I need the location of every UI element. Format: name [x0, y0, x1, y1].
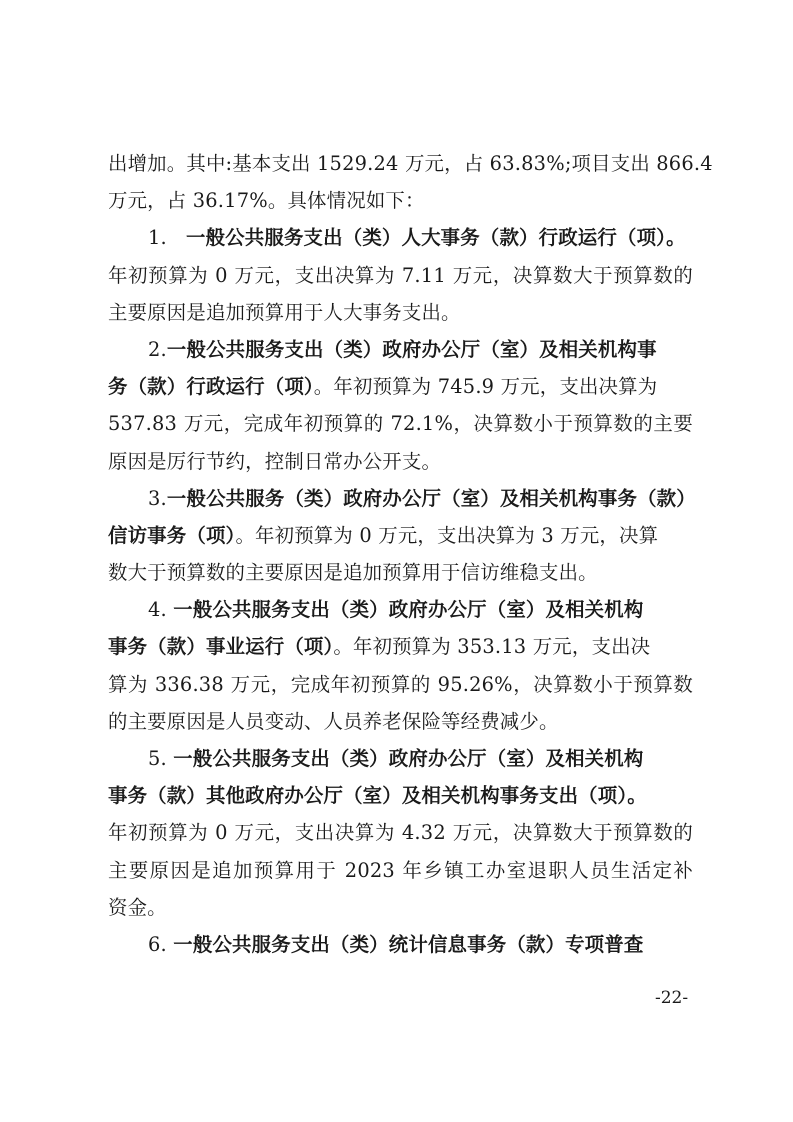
paragraph-line: 的主要原因是人员变动、人员养老保险等经费减少。: [108, 703, 693, 740]
document-body: 出增加。其中:基本支出 1529.24 万元，占 63.83%;项目支出 866…: [108, 145, 693, 963]
paragraph-line: 务（款）行政运行（项）。年初预算为 745.9 万元，支出决算为: [108, 368, 693, 405]
item-3-heading: 3.一般公共服务（类）政府办公厅（室）及相关机构事务（款）: [108, 480, 693, 517]
body-text: 年初预算为 0 万元，支出决算为 4.32 万元，决算数大于预算数的: [108, 821, 693, 844]
item-number: 6.: [148, 933, 167, 956]
item-title: 一般公共服务支出（类）政府办公厅（室）及相关机构: [173, 747, 643, 770]
item-title: 一般公共服务（类）政府办公厅（室）及相关机构事务（款）: [167, 487, 696, 510]
body-text: 的主要原因是人员变动、人员养老保险等经费减少。: [108, 710, 559, 733]
body-text: 出增加。其中:基本支出 1529.24 万元，占 63.83%;项目支出 866…: [108, 152, 713, 175]
item-title: 事务（款）其他政府办公厅（室）及相关机构事务支出（项）。: [108, 784, 647, 807]
item-6-heading: 6. 一般公共服务支出（类）统计信息事务（款）专项普查: [108, 926, 693, 963]
page-number: -22-: [655, 988, 688, 1008]
paragraph-line: 资金。: [108, 889, 693, 926]
paragraph-line: 537.83 万元，完成年初预算的 72.1%，决算数小于预算数的主要: [108, 405, 693, 442]
body-text: 537.83 万元，完成年初预算的 72.1%，决算数小于预算数的主要: [108, 412, 693, 435]
item-title: 一般公共服务支出（类）人大事务（款）行政运行（项）。: [186, 226, 686, 249]
body-text: 万元，占 36.17%。具体情况如下：: [108, 189, 425, 212]
paragraph-line: 年初预算为 0 万元，支出决算为 7.11 万元，决算数大于预算数的: [108, 257, 693, 294]
paragraph-line: 主要原因是追加预算用于人大事务支出。: [108, 294, 693, 331]
paragraph-line: 信访事务（项）。年初预算为 0 万元，支出决算为 3 万元，决算: [108, 517, 693, 554]
paragraph-line: 出增加。其中:基本支出 1529.24 万元，占 63.83%;项目支出 866…: [108, 145, 693, 182]
paragraph-line: 事务（款）其他政府办公厅（室）及相关机构事务支出（项）。: [108, 777, 693, 814]
body-text: 。年初预算为 745.9 万元，支出决算为: [314, 375, 658, 398]
paragraph-line: 事务（款）事业运行（项）。年初预算为 353.13 万元，支出决: [108, 628, 693, 665]
item-title: 一般公共服务支出（类）政府办公厅（室）及相关机构: [173, 598, 643, 621]
item-1-heading: 1. 一般公共服务支出（类）人大事务（款）行政运行（项）。: [108, 219, 693, 256]
item-title: 信访事务（项）: [108, 524, 235, 547]
item-number: 2.: [148, 338, 167, 361]
paragraph-line: 年初预算为 0 万元，支出决算为 4.32 万元，决算数大于预算数的: [108, 814, 693, 851]
body-text: 原因是厉行节约，控制日常办公开支。: [108, 450, 441, 473]
item-title: 事务（款）事业运行（项）: [108, 635, 333, 658]
item-number: 4.: [148, 598, 167, 621]
paragraph-line: 算为 336.38 万元，完成年初预算的 95.26%，决算数小于预算数: [108, 666, 693, 703]
body-text: 资金。: [108, 896, 167, 919]
item-2-heading: 2.一般公共服务支出（类）政府办公厅（室）及相关机构事: [108, 331, 693, 368]
paragraph-line: 主要原因是追加预算用于 2023 年乡镇工办室退职人员生活定补: [108, 852, 693, 889]
item-number: 1.: [148, 226, 167, 249]
body-text: 。年初预算为 0 万元，支出决算为 3 万元，决算: [235, 524, 658, 547]
body-text: 数大于预算数的主要原因是追加预算用于信访维稳支出。: [108, 561, 598, 584]
body-text: 主要原因是追加预算用于人大事务支出。: [108, 301, 461, 324]
paragraph-line: 数大于预算数的主要原因是追加预算用于信访维稳支出。: [108, 554, 693, 591]
item-number: 3.: [148, 487, 167, 510]
body-text: 算为 336.38 万元，完成年初预算的 95.26%，决算数小于预算数: [108, 673, 693, 696]
item-number: 5.: [148, 747, 167, 770]
paragraph-line: 万元，占 36.17%。具体情况如下：: [108, 182, 693, 219]
item-4-heading: 4. 一般公共服务支出（类）政府办公厅（室）及相关机构: [108, 591, 693, 628]
body-text: 。年初预算为 353.13 万元，支出决: [333, 635, 650, 658]
paragraph-line: 原因是厉行节约，控制日常办公开支。: [108, 443, 693, 480]
body-text: 年初预算为 0 万元，支出决算为 7.11 万元，决算数大于预算数的: [108, 264, 693, 287]
item-title: 一般公共服务支出（类）统计信息事务（款）专项普查: [173, 933, 643, 956]
body-text: 主要原因是追加预算用于 2023 年乡镇工办室退职人员生活定补: [108, 859, 693, 882]
item-title: 一般公共服务支出（类）政府办公厅（室）及相关机构事: [167, 338, 657, 361]
item-5-heading: 5. 一般公共服务支出（类）政府办公厅（室）及相关机构: [108, 740, 693, 777]
item-title: 务（款）行政运行（项）: [108, 375, 314, 398]
